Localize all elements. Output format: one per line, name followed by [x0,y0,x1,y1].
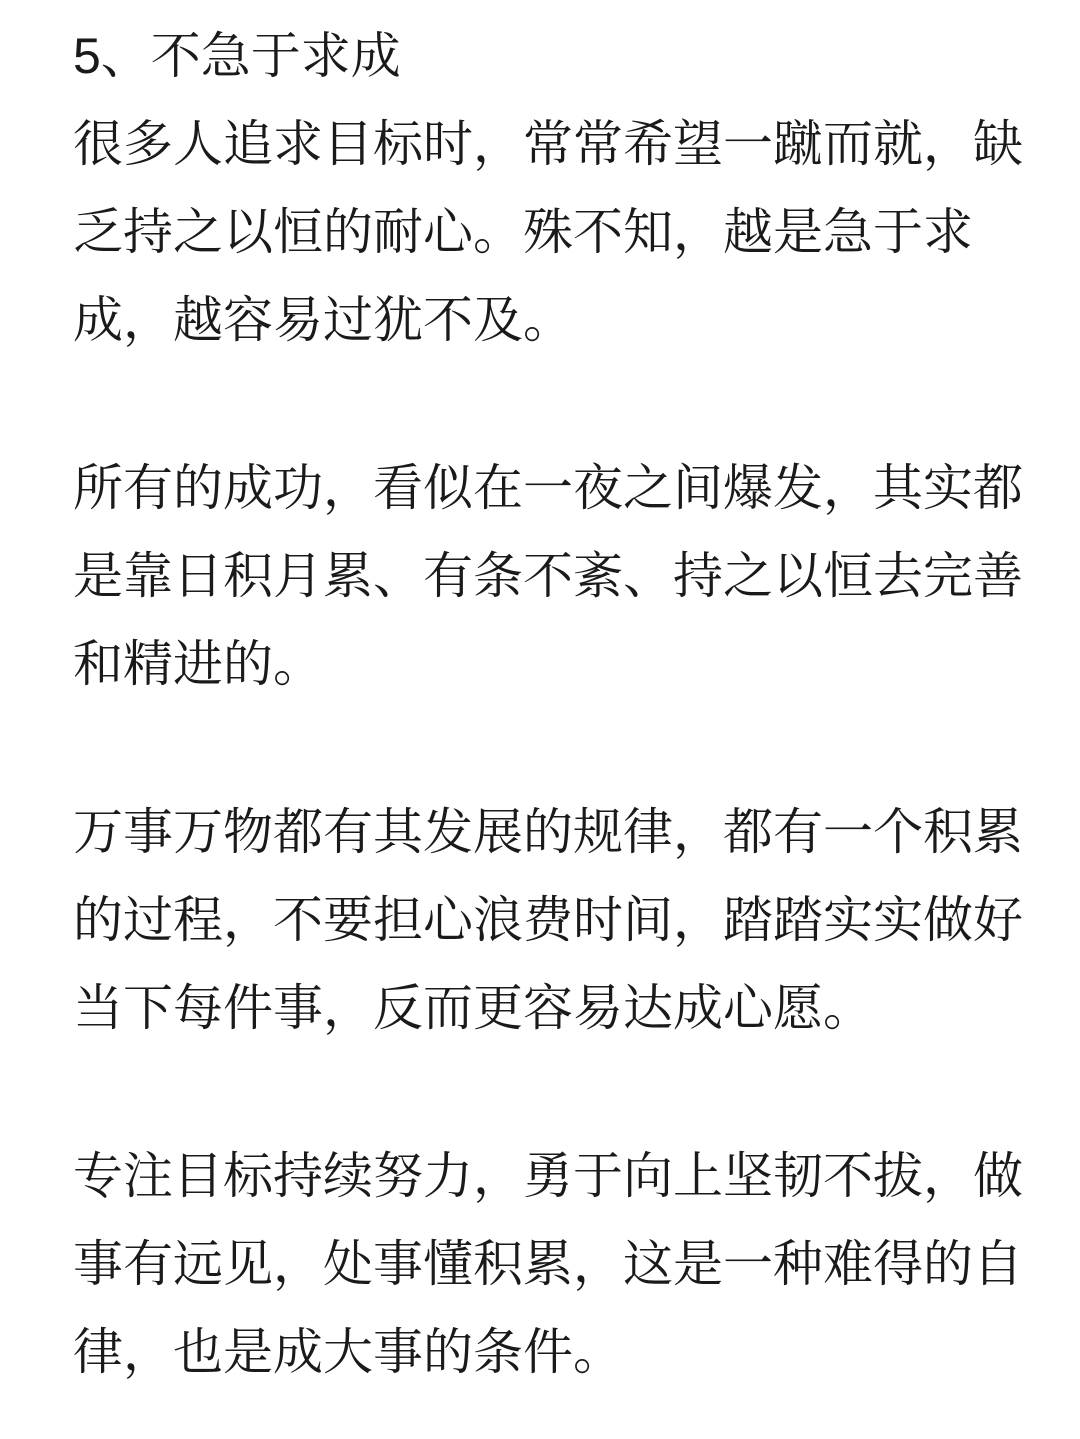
article-text: 5、不急于求成 很多人追求目标时，常常希望一蹴而就，缺乏持之以恒的耐心。殊不知，… [73,12,1041,1396]
section-heading: 5、不急于求成 [73,12,1041,100]
paragraph: 所有的成功，看似在一夜之间爆发，其实都是靠日积月累、有条不紊、持之以恒去完善和精… [73,444,1041,708]
paragraph: 万事万物都有其发展的规律，都有一个积累的过程，不要担心浪费时间，踏踏实实做好当下… [73,788,1041,1052]
paragraph: 专注目标持续努力，勇于向上坚韧不拔，做事有远见，处事懂积累，这是一种难得的自律，… [73,1132,1041,1396]
paragraph: 很多人追求目标时，常常希望一蹴而就，缺乏持之以恒的耐心。殊不知，越是急于求成，越… [73,100,1041,364]
document-page: 5、不急于求成 很多人追求目标时，常常希望一蹴而就，缺乏持之以恒的耐心。殊不知，… [0,0,1080,1439]
